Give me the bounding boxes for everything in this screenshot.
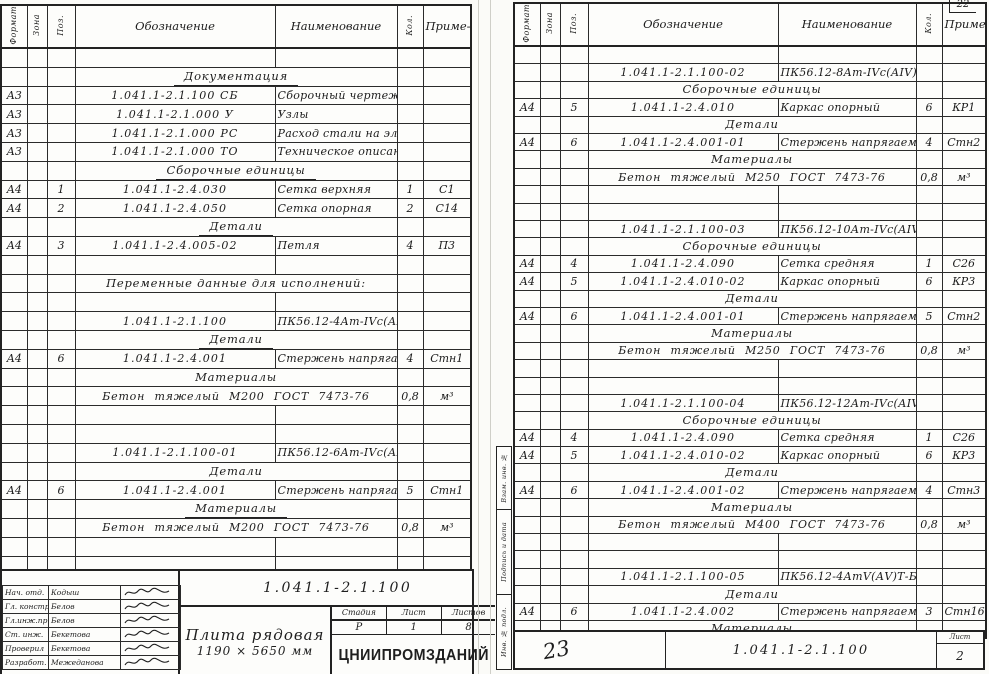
note-cell: Стн3 <box>942 481 986 498</box>
format-cell <box>1 312 27 331</box>
format-cell <box>1 67 27 86</box>
note-cell: С1 <box>423 180 471 199</box>
section-header-cell: Детали <box>75 331 397 350</box>
note-cell <box>423 124 471 143</box>
empty-cell <box>275 537 397 556</box>
empty-cell <box>423 425 471 444</box>
zone-cell <box>540 168 560 185</box>
empty-cell <box>275 406 397 425</box>
qty-cell: 4 <box>397 237 423 256</box>
spec-row: Материалы <box>514 499 986 516</box>
note-cell <box>423 312 471 331</box>
pos-cell: 1 <box>47 180 75 199</box>
scanned-spec-document: { "columns": { "format": "Формат", "zone… <box>0 0 989 674</box>
stage-sheet-values: Р 1 8 <box>332 621 495 635</box>
spec-row <box>514 534 986 551</box>
spec-row: А421.041.1-2.4.050Сетка опорная2С14 <box>1 199 471 218</box>
table-header-row: Формат Зона Поз. Обозначение Наименовани… <box>514 3 986 46</box>
name-cell: Каркас опорный <box>778 273 916 290</box>
format-cell <box>1 387 27 406</box>
empty-cell <box>916 377 942 394</box>
note-cell: КР3 <box>942 273 986 290</box>
note-cell: КР1 <box>942 99 986 116</box>
zone-cell <box>27 349 47 368</box>
empty-cell <box>540 46 560 64</box>
note-cell: С26 <box>942 255 986 272</box>
section-header-cell: Материалы <box>588 325 916 342</box>
pos-cell: 6 <box>560 481 588 498</box>
format-cell: А3 <box>1 124 27 143</box>
empty-cell <box>397 425 423 444</box>
note-cell <box>423 500 471 519</box>
qty-cell <box>916 464 942 481</box>
note-cell <box>423 368 471 387</box>
zone-cell <box>540 499 560 516</box>
format-cell <box>1 161 27 180</box>
empty-cell <box>423 537 471 556</box>
spec-row: Материалы <box>1 500 471 519</box>
empty-cell <box>540 186 560 203</box>
material-cell: Бетон тяжелый М250 ГОСТ 7473-76 <box>588 342 916 359</box>
empty-cell <box>916 551 942 568</box>
section-header-cell: Сборочные единицы <box>588 412 916 429</box>
format-cell <box>514 464 540 481</box>
zone-cell <box>27 368 47 387</box>
signature-row: Разработ.Межеданова <box>3 656 181 670</box>
zone-cell <box>27 387 47 406</box>
spec-row: А461.041.1-2.4.001-01Стержень напрягаемы… <box>514 307 986 324</box>
note-cell <box>423 86 471 105</box>
empty-cell <box>942 534 986 551</box>
material-cell: Бетон тяжелый М200 ГОСТ 7473-76 <box>75 387 397 406</box>
section-header-label: Материалы <box>701 152 803 168</box>
section-header-cell: Детали <box>588 586 916 603</box>
empty-cell <box>514 377 540 394</box>
format-cell <box>514 342 540 359</box>
empty-cell <box>397 406 423 425</box>
col-header-qty-label: Кол. <box>925 13 933 34</box>
signature-scribble-icon <box>123 615 173 626</box>
product-title: Плита рядовая 1190 × 5650 мм <box>180 607 332 674</box>
signature-scribble-icon <box>123 629 173 640</box>
section-header-cell: Сборочные единицы <box>588 81 916 98</box>
name-cell: Стержень напрягаемый <box>778 603 916 620</box>
pos-cell <box>47 274 75 293</box>
qty-cell: 6 <box>916 447 942 464</box>
empty-cell <box>588 534 778 551</box>
section-header-label: Детали <box>199 332 272 349</box>
empty-cell <box>560 377 588 394</box>
col-header-zone: Зона <box>540 3 560 46</box>
empty-cell <box>588 203 778 220</box>
pos-cell <box>47 500 75 519</box>
signature-row: Гл.инж.пр.Белов <box>3 614 181 628</box>
qty-cell <box>916 325 942 342</box>
designation-cell: 1.041.1-2.4.090 <box>588 429 778 446</box>
zone-cell <box>540 516 560 533</box>
name-cell: ПК56.12-4АтV(АV)Т-Б <box>778 568 916 585</box>
signature-name: Белов <box>49 600 121 614</box>
zone-cell <box>540 464 560 481</box>
empty-cell <box>942 46 986 64</box>
section-header-cell: Сборочные единицы <box>75 161 397 180</box>
col-header-format-label: Формат <box>10 6 18 45</box>
format-cell: А4 <box>1 199 27 218</box>
name-cell: Сборочный чертеж <box>275 86 397 105</box>
qty-cell <box>397 67 423 86</box>
empty-cell <box>514 186 540 203</box>
qty-cell <box>397 368 423 387</box>
empty-cell <box>540 360 560 377</box>
col-header-pos-label: Поз. <box>57 15 65 36</box>
section-header-cell: Материалы <box>588 499 916 516</box>
spec-row: Документация <box>1 67 471 86</box>
designation-cell: 1.041.1-2.1.000 РС <box>75 124 275 143</box>
signature-scribble-icon <box>123 601 173 612</box>
signature-name: Бекетова <box>49 642 121 656</box>
note-cell: Стн1 <box>423 349 471 368</box>
note-cell <box>423 161 471 180</box>
pos-cell <box>47 312 75 331</box>
section-header-label: Сборочные единицы <box>672 413 831 429</box>
zone-cell <box>27 519 47 538</box>
signature-table: Нач. отд.КодышГл. констр.БеловГл.инж.пр.… <box>2 585 181 670</box>
pos-cell <box>47 331 75 350</box>
pos-cell: 3 <box>47 237 75 256</box>
empty-cell <box>1 537 27 556</box>
empty-cell <box>27 406 47 425</box>
spec-row: Детали <box>514 290 986 307</box>
format-cell: А4 <box>514 273 540 290</box>
format-cell <box>514 516 540 533</box>
empty-cell <box>27 537 47 556</box>
signature-scribble <box>121 614 181 628</box>
empty-cell <box>560 203 588 220</box>
name-cell: ПК56.12-4Ат-IVс(АIV)Т-Б <box>275 312 397 331</box>
qty-cell <box>916 568 942 585</box>
name-cell: Техническое описание <box>275 143 397 162</box>
pos-cell <box>560 325 588 342</box>
zone-cell <box>540 603 560 620</box>
qty-cell <box>916 394 942 411</box>
spec-row: Детали <box>1 462 471 481</box>
pos-cell <box>47 519 75 538</box>
spec-row: Бетон тяжелый М200 ГОСТ 7473-760,8м³ <box>1 519 471 538</box>
empty-cell <box>588 46 778 64</box>
pos-cell <box>560 116 588 133</box>
empty-cell <box>778 186 916 203</box>
note-cell: м³ <box>942 168 986 185</box>
pos-cell: 6 <box>560 134 588 151</box>
sheets-label: Листов <box>442 607 496 620</box>
empty-cell <box>514 46 540 64</box>
empty-cell <box>47 293 75 312</box>
spec-row: А441.041.1-2.4.090Сетка средняя1С26 <box>514 429 986 446</box>
empty-cell <box>47 425 75 444</box>
empty-cell <box>778 46 916 64</box>
pos-cell <box>560 220 588 237</box>
note-cell <box>423 218 471 237</box>
format-cell: А4 <box>514 481 540 498</box>
format-cell <box>514 116 540 133</box>
spec-row: А431.041.1-2.4.005-02Петля4П3 <box>1 237 471 256</box>
zone-cell <box>27 274 47 293</box>
designation-cell: 1.041.1-2.1.100-03 <box>588 220 778 237</box>
col-header-zone-label: Зона <box>33 14 41 36</box>
handwritten-page-number: 23 <box>541 636 571 664</box>
stage-label: Стадия <box>332 607 387 620</box>
qty-cell: 0,8 <box>916 168 942 185</box>
spec-row <box>514 46 986 64</box>
stamp-vzam-inv: Взам. инв. № <box>497 447 511 510</box>
empty-cell <box>916 46 942 64</box>
zone-cell <box>540 447 560 464</box>
format-cell <box>1 443 27 462</box>
section-header-label: Детали <box>715 117 788 133</box>
zone-cell <box>27 237 47 256</box>
designation-cell: 1.041.1-2.4.001 <box>75 481 275 500</box>
format-cell: А3 <box>1 105 27 124</box>
note-cell <box>942 81 986 98</box>
format-cell: А3 <box>1 86 27 105</box>
qty-cell: 1 <box>916 255 942 272</box>
col-header-pos: Поз. <box>47 5 75 48</box>
spec-row: А441.041.1-2.4.090Сетка средняя1С26 <box>514 255 986 272</box>
stamp-podpis-data-label: Подпись и дата <box>500 522 508 582</box>
spec-row: 1.041.1-2.1.100-03ПК56.12-10Ат-IVс(АIV)Т <box>514 220 986 237</box>
note-cell <box>423 105 471 124</box>
pos-cell <box>47 218 75 237</box>
signature-scribble <box>121 586 181 600</box>
designation-cell: 1.041.1-2.4.050 <box>75 199 275 218</box>
empty-cell <box>916 360 942 377</box>
stamp-podpis-data: Подпись и дата <box>497 510 511 595</box>
pos-cell: 6 <box>560 307 588 324</box>
footer-left-cell: 23 <box>515 632 666 668</box>
empty-cell <box>916 534 942 551</box>
note-cell: С26 <box>942 429 986 446</box>
pos-cell: 5 <box>560 447 588 464</box>
section-header-label: Детали <box>715 465 788 481</box>
spec-row: Сборочные единицы <box>514 238 986 255</box>
format-cell <box>514 586 540 603</box>
empty-cell <box>778 534 916 551</box>
section-header-cell: Детали <box>588 290 916 307</box>
note-cell <box>942 499 986 516</box>
spec-row: Детали <box>1 218 471 237</box>
signature-role: Разработ. <box>3 656 49 670</box>
footer-sheet-number: 2 <box>937 644 983 668</box>
empty-cell <box>397 48 423 67</box>
empty-cell <box>1 48 27 67</box>
section-header-label: Материалы <box>701 326 803 342</box>
name-cell: Расход стали на элемент <box>275 124 397 143</box>
format-cell: А4 <box>514 429 540 446</box>
designation-cell: 1.041.1-2.4.030 <box>75 180 275 199</box>
spec-row: А451.041.1-2.4.010Каркас опорный6КР1 <box>514 99 986 116</box>
zone-cell <box>27 443 47 462</box>
note-cell: Стн1 <box>423 481 471 500</box>
spec-row: А31.041.1-2.1.000 РСРасход стали на элем… <box>1 124 471 143</box>
qty-cell <box>916 412 942 429</box>
empty-cell <box>423 293 471 312</box>
empty-cell <box>27 255 47 274</box>
empty-cell <box>514 203 540 220</box>
section-header-cell: Материалы <box>75 500 397 519</box>
empty-cell <box>1 406 27 425</box>
qty-cell: 0,8 <box>916 516 942 533</box>
empty-cell <box>778 551 916 568</box>
pos-cell <box>47 105 75 124</box>
empty-cell <box>540 534 560 551</box>
qty-cell <box>397 443 423 462</box>
format-cell: А4 <box>514 447 540 464</box>
product-name: Плита рядовая <box>186 626 325 644</box>
qty-cell: 4 <box>397 349 423 368</box>
qty-cell <box>916 290 942 307</box>
name-cell: Сетка верхняя <box>275 180 397 199</box>
section-header-cell: Детали <box>75 218 397 237</box>
name-cell: Каркас опорный <box>778 99 916 116</box>
note-cell <box>942 290 986 307</box>
section-header-label: Сборочные единицы <box>672 82 831 98</box>
pos-cell: 6 <box>47 349 75 368</box>
empty-cell <box>423 406 471 425</box>
left-page: Формат Зона Поз. Обозначение Наименовани… <box>0 4 472 576</box>
qty-cell <box>397 86 423 105</box>
empty-cell <box>942 203 986 220</box>
col-header-format-label: Формат <box>523 4 531 43</box>
empty-cell <box>397 255 423 274</box>
empty-cell <box>1 255 27 274</box>
zone-cell <box>540 99 560 116</box>
note-cell: П3 <box>423 237 471 256</box>
empty-cell <box>560 551 588 568</box>
name-cell: Петля <box>275 237 397 256</box>
note-cell <box>423 331 471 350</box>
section-header-cell: Детали <box>588 116 916 133</box>
signature-role: Гл.инж.пр. <box>3 614 49 628</box>
zone-cell <box>27 86 47 105</box>
sheet-label: Лист <box>387 607 442 620</box>
qty-cell <box>916 64 942 81</box>
zone-cell <box>540 64 560 81</box>
signature-role: Проверил <box>3 642 49 656</box>
signature-row: Гл. констр.Белов <box>3 600 181 614</box>
signature-scribble <box>121 600 181 614</box>
empty-cell <box>75 293 275 312</box>
zone-cell <box>540 151 560 168</box>
name-cell: Стержень напрягаемый <box>275 481 397 500</box>
empty-cell <box>588 360 778 377</box>
stage-sheet-labels: Стадия Лист Листов <box>332 607 495 621</box>
name-cell: Стержень напрягаемый <box>275 349 397 368</box>
note-cell <box>423 462 471 481</box>
designation-cell: 1.041.1-2.4.001-01 <box>588 134 778 151</box>
qty-cell <box>397 161 423 180</box>
note-cell <box>423 67 471 86</box>
note-cell <box>423 143 471 162</box>
section-header-cell: Документация <box>75 67 397 86</box>
qty-cell: 5 <box>916 307 942 324</box>
qty-cell: 0,8 <box>397 387 423 406</box>
signature-scribble <box>121 656 181 670</box>
footer-sheet-box: Лист 2 <box>936 632 983 668</box>
pos-cell: 4 <box>560 255 588 272</box>
empty-cell <box>75 425 275 444</box>
format-cell <box>1 331 27 350</box>
name-cell: ПК56.12-12Ат-IVс(АIV)Т <box>778 394 916 411</box>
spec-row: 1.041.1-2.1.100-04ПК56.12-12Ат-IVс(АIV)Т <box>514 394 986 411</box>
empty-cell <box>540 377 560 394</box>
section-header-label: Сборочные единицы <box>672 239 831 255</box>
qty-cell <box>916 116 942 133</box>
qty-cell: 3 <box>916 603 942 620</box>
empty-cell <box>942 360 986 377</box>
zone-cell <box>540 81 560 98</box>
qty-cell <box>397 274 423 293</box>
designation-cell: 1.041.1-2.1.100 СБ <box>75 86 275 105</box>
section-header-label: Материалы <box>701 500 803 516</box>
empty-cell <box>397 537 423 556</box>
empty-cell <box>27 425 47 444</box>
format-cell <box>1 519 27 538</box>
signature-scribble <box>121 628 181 642</box>
qty-cell <box>916 81 942 98</box>
qty-cell <box>397 331 423 350</box>
zone-cell <box>540 290 560 307</box>
col-header-note: Приме- чание <box>423 5 471 48</box>
signature-role: Ст. инж. <box>3 628 49 642</box>
stage-value: Р <box>332 621 387 634</box>
spec-row: Детали <box>514 464 986 481</box>
right-page-edge <box>490 0 491 674</box>
name-cell: Стержень напрягаемый <box>778 481 916 498</box>
empty-cell <box>275 48 397 67</box>
empty-cell <box>75 537 275 556</box>
col-header-pos: Поз. <box>560 3 588 46</box>
stamp-inv-podl: Инв. № подл. <box>497 595 511 669</box>
format-cell: А4 <box>1 481 27 500</box>
spec-row <box>1 48 471 67</box>
note-cell <box>942 412 986 429</box>
zone-cell <box>540 568 560 585</box>
zone-cell <box>540 134 560 151</box>
format-cell <box>1 218 27 237</box>
name-cell: ПК56.12-8Ат-IVс(АIV)Т <box>778 64 916 81</box>
spec-row: А461.041.1-2.4.001-01Стержень напрягаемы… <box>514 134 986 151</box>
section-header-label: Детали <box>715 587 788 603</box>
empty-cell <box>588 377 778 394</box>
pos-cell <box>560 568 588 585</box>
zone-cell <box>27 199 47 218</box>
format-cell <box>514 394 540 411</box>
format-cell: А4 <box>1 349 27 368</box>
spec-row: Детали <box>514 116 986 133</box>
spec-row <box>514 203 986 220</box>
pos-cell <box>560 238 588 255</box>
pos-cell <box>560 394 588 411</box>
empty-cell <box>75 255 275 274</box>
pos-cell <box>47 67 75 86</box>
spec-row: А31.041.1-2.1.000 УУзлы <box>1 105 471 124</box>
zone-cell <box>27 218 47 237</box>
qty-cell <box>397 124 423 143</box>
note-cell <box>942 151 986 168</box>
pos-cell: 4 <box>560 429 588 446</box>
format-cell: А4 <box>1 237 27 256</box>
footer-designation: 1.041.1-2.1.100 <box>666 632 936 668</box>
